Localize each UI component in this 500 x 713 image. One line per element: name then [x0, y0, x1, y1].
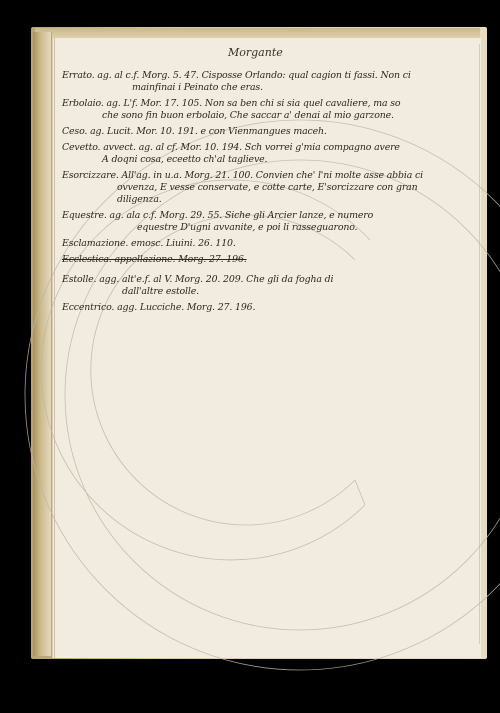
- entry-line: Estolle. agg. alt'e.f. al V. Morg. 20. 2…: [62, 274, 478, 286]
- entry-line: diligenza.: [62, 194, 478, 206]
- entry-line: A doqni cosa, eceetto ch'al taglieve.: [62, 154, 478, 166]
- entry-line: mainfinai i Peinato che eras.: [62, 82, 478, 94]
- binding-gutter: [33, 32, 52, 656]
- entry-esclamazione: Esclamazione. emosc. Liuini. 26. 110.: [62, 238, 478, 250]
- entry-line: Ceso. ag. Lucit. Mor. 10. 191. e con Vie…: [62, 126, 478, 138]
- entry-line: che sono fin buon erbolaio, Che saccar a…: [62, 110, 478, 122]
- entry-ceso: Ceso. ag. Lucit. Mor. 10. 191. e con Vie…: [62, 126, 478, 138]
- page-edge-rule: [479, 44, 480, 644]
- entry-eccentrico: Eccentrico. agg. Lucciche. Morg. 27. 196…: [62, 302, 478, 314]
- struck-entry-line: Ecclestica. appellazione. Morg. 27. 196.: [62, 254, 478, 266]
- entry-line: Erbolaio. ag. L'f. Mor. 17. 105. Non sa …: [62, 98, 478, 110]
- book-top-edge: [35, 28, 480, 38]
- entry-errato: Errato. ag. al c.f. Morg. 5. 47. Cisposs…: [62, 70, 478, 94]
- entry-line: Equestre. ag. ala c.f. Morg. 29. 55. Sic…: [62, 210, 478, 222]
- entry-line: equestre D'ugni avvanite, e poi li rasse…: [62, 222, 478, 234]
- entry-cevetto: Cevetto. avvect. ag. al cf. Mor. 10. 194…: [62, 142, 478, 166]
- entry-line: dall'altre estolle.: [62, 286, 478, 298]
- entry-estolle: Estolle. agg. alt'e.f. al V. Morg. 20. 2…: [62, 274, 478, 298]
- entry-erbolaio: Erbolaio. ag. L'f. Mor. 17. 105. Non sa …: [62, 98, 478, 122]
- glossary-entries: Errato. ag. al c.f. Morg. 5. 47. Cisposs…: [62, 70, 478, 318]
- page-heading: Morgante: [228, 46, 283, 59]
- margin-rule: [54, 38, 55, 658]
- entry-line: Esclamazione. emosc. Liuini. 26. 110.: [62, 238, 478, 250]
- entry-equestre: Equestre. ag. ala c.f. Morg. 29. 55. Sic…: [62, 210, 478, 234]
- entry-line: Esorcizzare. All'ag. in u.a. Morg. 21. 1…: [62, 170, 478, 182]
- entry-struck: Ecclestica. appellazione. Morg. 27. 196.: [62, 254, 478, 266]
- entry-line: Cevetto. avvect. ag. al cf. Mor. 10. 194…: [62, 142, 478, 154]
- entry-line: Eccentrico. agg. Lucciche. Morg. 27. 196…: [62, 302, 478, 314]
- entry-line: Errato. ag. al c.f. Morg. 5. 47. Cisposs…: [62, 70, 478, 82]
- entry-line: ovvenza, E vesse conservate, e cotte car…: [62, 182, 478, 194]
- entry-esorcizzare: Esorcizzare. All'ag. in u.a. Morg. 21. 1…: [62, 170, 478, 206]
